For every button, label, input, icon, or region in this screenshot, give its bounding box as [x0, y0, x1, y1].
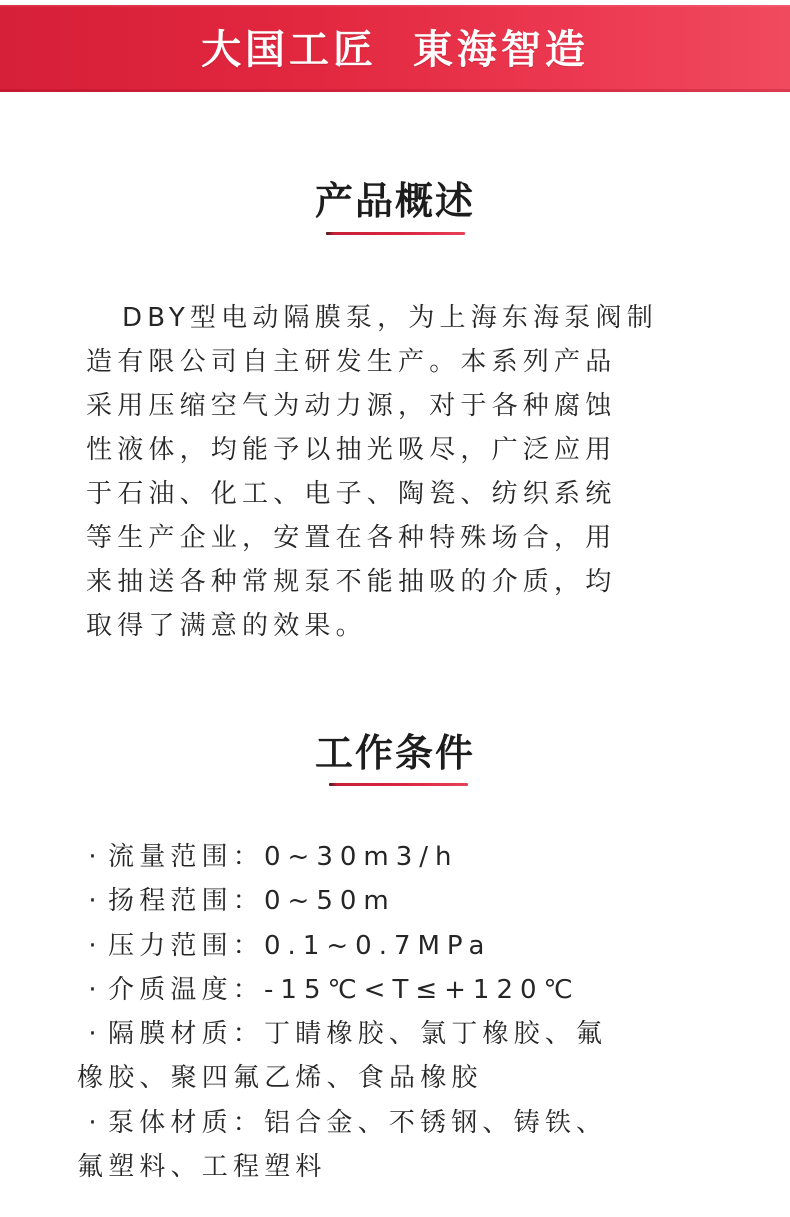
overview-paragraph: DBY型电动隔膜泵，为上海东海泵阀制 造有限公司自主研发生产。本系列产品 采用压… — [86, 296, 726, 648]
paragraph-line: 取得了满意的效果。 — [86, 604, 726, 648]
list-item-head-range: ·扬程范围：0~50m — [77, 879, 737, 923]
bullet-icon: · — [77, 968, 108, 1012]
item-value: 0~30m3/h — [264, 842, 459, 872]
list-item-continuation: 橡胶、聚四氟乙烯、食品橡胶 — [77, 1056, 737, 1100]
item-value: -15℃<T≤+120℃ — [264, 975, 580, 1005]
item-value: 0.1~0.7MPa — [264, 931, 491, 961]
paragraph-line: 性液体，均能予以抽光吸尽，广泛应用 — [86, 428, 726, 472]
paragraph-line: DBY型电动隔膜泵，为上海东海泵阀制 — [86, 296, 726, 340]
banner-slogan: 大国工匠 東海智造 — [201, 18, 589, 75]
overview-title-underline — [326, 232, 465, 235]
item-value: 铝合金、不锈钢、铸铁、 — [264, 1108, 607, 1138]
list-item-medium-temperature: ·介质温度：-15℃<T≤+120℃ — [77, 968, 737, 1012]
list-item-diaphragm-material: ·隔膜材质：丁睛橡胶、氯丁橡胶、氟 — [77, 1012, 737, 1056]
item-label: 泵体材质： — [108, 1108, 264, 1138]
item-label: 扬程范围： — [108, 886, 264, 916]
list-item-pressure-range: ·压力范围：0.1~0.7MPa — [77, 924, 737, 968]
bullet-icon: · — [77, 835, 108, 879]
paragraph-line: 造有限公司自主研发生产。本系列产品 — [86, 340, 726, 384]
header-banner: 大国工匠 東海智造 — [0, 5, 790, 92]
paragraph-line: 等生产企业，安置在各种特殊场合，用 — [86, 516, 726, 560]
list-item-continuation: 氟塑料、工程塑料 — [77, 1145, 737, 1189]
conditions-list: ·流量范围：0~30m3/h ·扬程范围：0~50m ·压力范围：0.1~0.7… — [77, 835, 737, 1189]
section-title-overview: 产品概述 — [0, 170, 790, 225]
list-item-flow-range: ·流量范围：0~30m3/h — [77, 835, 737, 879]
item-label: 介质温度： — [108, 975, 264, 1005]
bullet-icon: · — [77, 924, 108, 968]
item-value: 丁睛橡胶、氯丁橡胶、氟 — [264, 1019, 607, 1049]
bullet-icon: · — [77, 1012, 108, 1056]
item-label: 压力范围： — [108, 931, 264, 961]
list-item-pump-body-material: ·泵体材质：铝合金、不锈钢、铸铁、 — [77, 1101, 737, 1145]
paragraph-line: 来抽送各种常规泵不能抽吸的介质，均 — [86, 560, 726, 604]
item-label: 隔膜材质： — [108, 1019, 264, 1049]
bullet-icon: · — [77, 879, 108, 923]
paragraph-line: 于石油、化工、电子、陶瓷、纺织系统 — [86, 472, 726, 516]
bullet-icon: · — [77, 1101, 108, 1145]
paragraph-line: 采用压缩空气为动力源，对于各种腐蚀 — [86, 384, 726, 428]
item-label: 流量范围： — [108, 842, 264, 872]
conditions-title-underline — [329, 783, 468, 786]
section-title-conditions: 工作条件 — [0, 722, 790, 777]
item-value: 0~50m — [264, 886, 396, 916]
